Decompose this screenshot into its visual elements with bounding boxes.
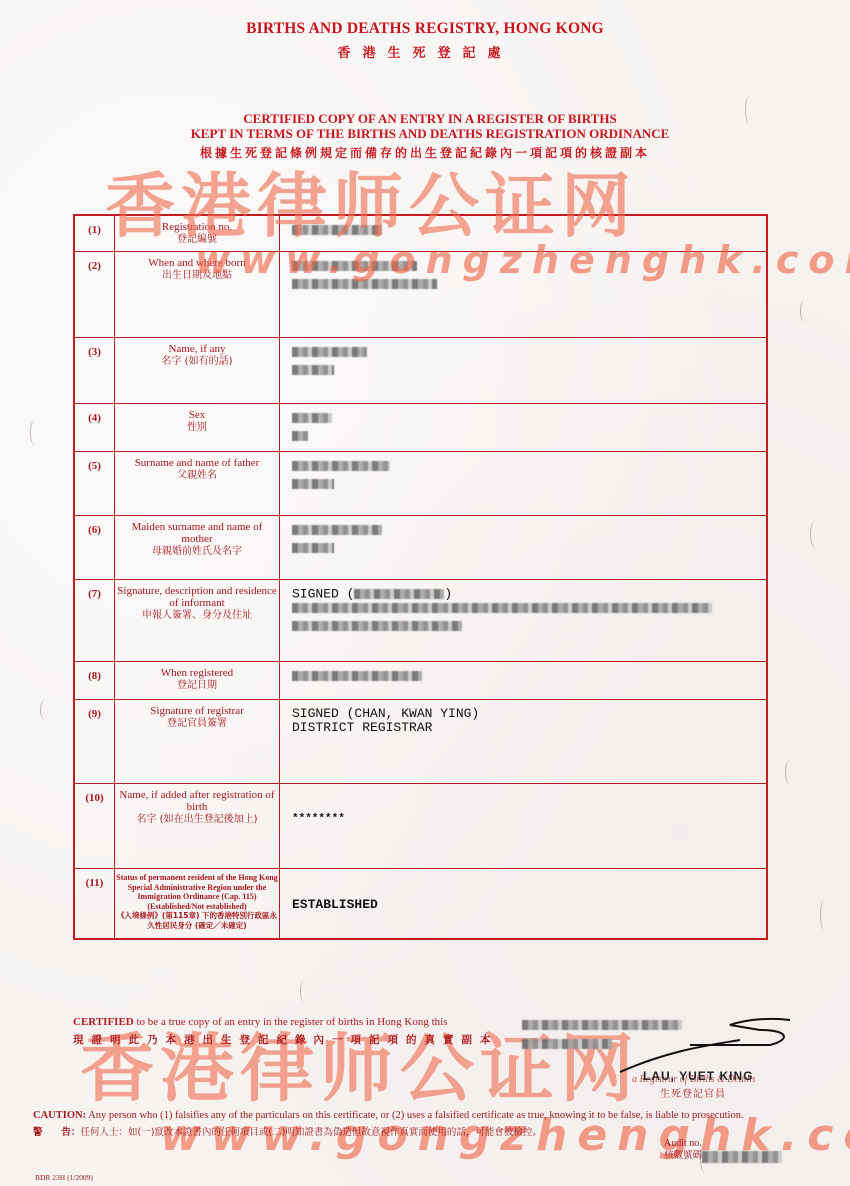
entry-label: Surname and name of father 父親姓名 [115,452,280,515]
table-row-father: (5) Surname and name of father 父親姓名 [75,452,766,516]
redacted-block [292,479,334,489]
redacted-block [292,365,334,375]
certification-statement-cn: 現證明此乃本港出生登記紀錄內一項記項的真實副本 [73,1032,499,1047]
entry-number: (4) [75,404,115,451]
table-row-name: (3) Name, if any 名字 (如有的話) [75,338,766,404]
entry-number: (10) [75,784,115,868]
registry-title: BIRTHS AND DEATHS REGISTRY, HONG KONG [0,20,850,38]
entry-value-redacted [280,516,766,579]
entry-number: (6) [75,516,115,579]
entry-value-redacted [280,216,766,251]
table-row-sex: (4) Sex 性別 [75,404,766,452]
entry-value-residency-status: ESTABLISHED [280,869,766,938]
entry-value-redacted [280,252,766,337]
entry-label: Signature, description and residence of … [115,580,280,661]
table-row-mother: (6) Maiden surname and name of mother 母親… [75,516,766,580]
entry-number: (8) [75,662,115,699]
entry-value-registrar: SIGNED (CHAN, KWAN YING) DISTRICT REGIST… [280,700,766,783]
entry-value-informant: SIGNED () [280,580,766,661]
redacted-block [292,413,332,423]
redacted-block [292,603,712,613]
redacted-block [292,261,417,271]
entry-number: (7) [75,580,115,661]
form-code: BDR 23H (1/2009) [35,1173,93,1182]
certification-statement: CERTIFIED to be a true copy of an entry … [73,1016,448,1028]
entry-label: Signature of registrar 登記官員簽署 [115,700,280,783]
entry-label: Status of permanent resident of the Hong… [115,869,280,938]
entry-value-redacted [280,452,766,515]
table-row-registrar-signature: (9) Signature of registrar 登記官員簽署 SIGNED… [75,700,766,784]
redacted-block [292,671,422,681]
caution-notice: CAUTION: Any person who (1) falsifies an… [33,1110,744,1121]
register-entry-table: (1) Registration no. 登記編號 (2) When and w… [73,214,768,940]
entry-label: Registration no. 登記編號 [115,216,280,251]
entry-label: Maiden surname and name of mother 母親婚前姓氏… [115,516,280,579]
signer-name: LAU, YUET KING [643,1069,753,1083]
document-title-cn: 根據生死登記條例規定而備存的出生登記紀錄內一項記項的核證副本 [0,144,850,161]
caution-notice-cn: 警 告：任何人士：如(一)竄改本證書內的任何項目或(二)明知證書為偽造但故意視作… [33,1124,542,1138]
entry-value-name-added: ******** [280,784,766,868]
audit-number-label: Audit no. 核數號碼 [664,1138,702,1162]
redacted-block [292,347,367,357]
redacted-block [292,279,437,289]
entry-value-redacted [280,404,766,451]
redacted-block [292,431,308,441]
table-row-residency-status: (11) Status of permanent resident of the… [75,869,766,938]
signer-title-cn: 生死登記官員 [660,1085,726,1100]
redacted-block [354,589,444,599]
document-title-line2: KEPT IN TERMS OF THE BIRTHS AND DEATHS R… [5,126,850,142]
redacted-block [292,525,382,535]
registry-title-cn: 香港生死登記處 [0,42,850,61]
entry-number: (5) [75,452,115,515]
table-row-when-registered: (8) When registered 登記日期 [75,662,766,700]
entry-number: (11) [75,869,115,938]
entry-value-redacted [280,338,766,403]
redacted-block [292,461,390,471]
entry-value-redacted [280,662,766,699]
entry-label: Name, if added after registration of bir… [115,784,280,868]
redacted-block [292,543,334,553]
entry-label: When and where born 出生日期及地點 [115,252,280,337]
entry-label: When registered 登記日期 [115,662,280,699]
entry-label: Name, if any 名字 (如有的話) [115,338,280,403]
entry-number: (9) [75,700,115,783]
table-row-when-where-born: (2) When and where born 出生日期及地點 [75,252,766,338]
redacted-block [292,621,462,631]
redacted-block [292,225,382,235]
table-row-registration-no: (1) Registration no. 登記編號 [75,216,766,252]
entry-number: (2) [75,252,115,337]
entry-number: (1) [75,216,115,251]
table-row-name-added: (10) Name, if added after registration o… [75,784,766,869]
entry-label: Sex 性別 [115,404,280,451]
audit-number-redacted [702,1149,782,1170]
document-title-line1: CERTIFIED COPY OF AN ENTRY IN A REGISTER… [5,111,850,127]
entry-number: (3) [75,338,115,403]
table-row-informant: (7) Signature, description and residence… [75,580,766,662]
